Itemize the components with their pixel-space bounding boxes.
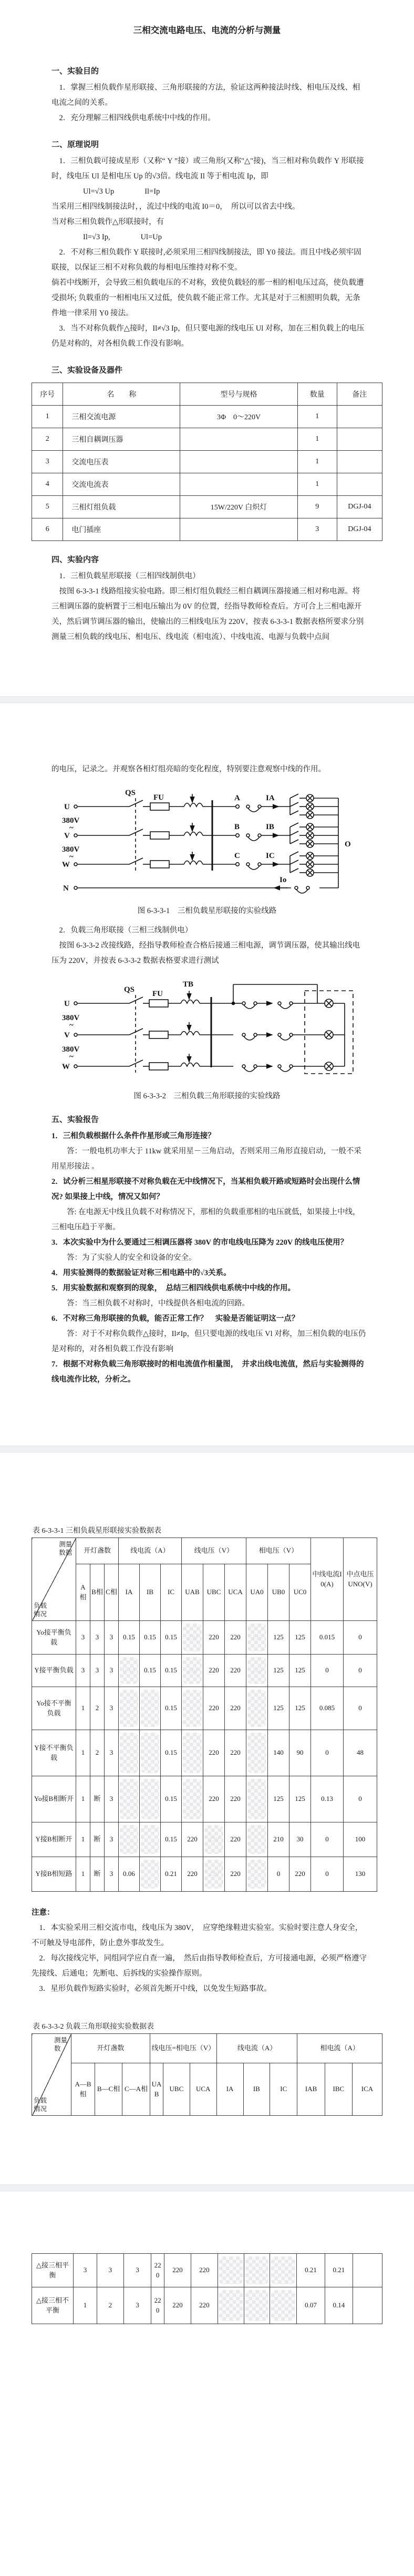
tilde-symbol: ~ (69, 853, 74, 861)
table-row: Y接平衡负载3330.150.150.152202202201251251250… (32, 1655, 377, 1687)
table-cell: 125 (268, 1687, 289, 1730)
table-cell: 100 (344, 1822, 377, 1857)
page-break (0, 696, 414, 703)
table-row: Yo接不平衡负载1230.152202201251250.0850 (32, 1687, 377, 1730)
table-cell: 3 (90, 1655, 105, 1687)
node-a-label: A (234, 794, 240, 802)
table-cell: 3 (105, 1776, 119, 1822)
table-cell: 0.15 (119, 1655, 140, 1687)
table-cell: 3 (297, 518, 337, 541)
fuse-fu-label: FU (152, 990, 163, 998)
table-cell: 0 (344, 1655, 377, 1687)
table-cell: 0.13 (311, 1776, 344, 1822)
tilde-symbol: ~ (69, 1021, 74, 1030)
table-row: 2三相自耦调压器1 (32, 428, 382, 451)
table-cell: 1 (76, 1687, 90, 1730)
table-cell: 0 (311, 1857, 344, 1892)
terminal-v-label: V (64, 1031, 70, 1040)
redaction-mosaic (247, 1690, 266, 1727)
paragraph: 倘若中线断开，会导致三相负载电压的不对称，致使负载轻的那一相的相电压过高，使负载… (51, 275, 367, 321)
table-cell (218, 2254, 244, 2287)
current-io-label: Io (280, 876, 286, 884)
table-cell: 125 (268, 1655, 289, 1687)
table-cell (244, 2287, 270, 2324)
page-break (0, 1446, 414, 1453)
paragraph: 当对称三相负载作△形联接时，有 (51, 215, 367, 230)
table-cell (119, 1822, 140, 1857)
table-cell (182, 1730, 203, 1776)
paragraph: 1．掌握三相负载作星形联接、三角形联接的方法，验证这两种接法时线、相电压及线、相… (51, 80, 367, 111)
table-cell: 48 (344, 1730, 377, 1776)
column-header: UCA (190, 2063, 216, 2116)
delta-table-rows: △接三相平衡3332202202200.210.21△接三相不平衡1232202… (32, 2253, 382, 2324)
table-cell: 220 (203, 1857, 225, 1892)
circuit-wires (74, 984, 353, 1074)
figure-star-circuit: U 380V ~ V 380V ~ W N QS FU A B C IA IB … (32, 780, 382, 899)
table-cell: 0.15 (161, 1687, 182, 1730)
redaction-mosaic (271, 2290, 295, 2321)
table-cell: 断 (90, 1857, 105, 1892)
row-label: Yo接平衡负载 (32, 1621, 76, 1655)
table-cell: 1 (76, 1822, 90, 1857)
row-label: Y接平衡负载 (32, 1655, 76, 1687)
switch-qs-label: QS (124, 985, 134, 994)
table-cell (246, 1730, 268, 1776)
column-header: A—B相 (71, 2063, 95, 2116)
column-header: UBC (163, 2063, 190, 2116)
paragraph: 2．负载三角形联接（三相三线制供电） (51, 923, 367, 938)
table-cell: 220 (225, 1655, 246, 1687)
table-cell: 3 (76, 1655, 90, 1687)
table-cell: 0.21 (297, 2254, 325, 2287)
answer: 答：当三相负载不对称时，中线提供各相电流的回路。 (51, 1296, 367, 1311)
table-cell (270, 2254, 297, 2287)
note-item: 3．星形负载作短路实验时，必须首先断开中线，以免发生短路事故。 (32, 1981, 367, 1997)
table-cell (218, 2287, 244, 2324)
redaction-mosaic (204, 1825, 223, 1854)
section1-heading: 一、实验目的 (51, 65, 363, 76)
table-cell: 0.06 (119, 1857, 140, 1892)
column-group-header: 开灯盏数 (76, 1538, 119, 1564)
question: 2．试分析三相星形联接不对称负载在无中线情况下，当某相负载开路或短路时会出现什么… (51, 1174, 367, 1205)
table-cell: 0 (344, 1621, 377, 1655)
table-cell: 0 (268, 1857, 289, 1892)
table-cell: 1 (297, 473, 337, 496)
table-row: Y接B相短路1断30.060.2122022022002200130 (32, 1857, 377, 1892)
node-c-label: C (234, 852, 240, 860)
column-header: C相 (105, 1564, 119, 1621)
table-cell: 220 (225, 1776, 246, 1822)
table-cell: 三相自耦调压器 (63, 428, 180, 451)
table-cell: 140 (268, 1730, 289, 1776)
table-cell: 断 (90, 1822, 105, 1857)
table-cell: 125 (246, 1655, 268, 1687)
table-cell (246, 1822, 268, 1857)
table-cell: 125 (289, 1655, 311, 1687)
table-cell (246, 1776, 268, 1822)
table-cell: 90 (289, 1730, 311, 1776)
redaction-mosaic (183, 1657, 202, 1684)
diagonal-corner-cell: 测量数负载情况 (32, 2034, 71, 2116)
column-header: IC (270, 2063, 297, 2116)
table-cell: 3 (105, 1822, 119, 1857)
column-group-header: 线电压（V） (182, 1538, 246, 1564)
column-header: IAB (297, 2063, 325, 2116)
table-cell: 0.15 (161, 1822, 182, 1857)
answer: 答：一般电机功率大于 11kw 就采用星－三角启动，否则采用三角形直接启动，一般… (51, 1144, 367, 1174)
column-group-header: 开灯盏数 (71, 2034, 150, 2063)
table-row: 5三相灯组负载15W/220V 白炽灯9DGJ-04 (32, 496, 382, 518)
table-cell: 0.21 (325, 2254, 353, 2287)
row-label: Y接B相断开 (32, 1822, 76, 1857)
column-header: IBC (325, 2063, 352, 2116)
paragraph: 按图 6-3-3-2 改接线路，经指导教师检查合格后接通三相电源，调节调压器，使… (51, 938, 367, 969)
table-cell: 0 (344, 1687, 377, 1730)
table-cell: 220 (225, 1730, 246, 1776)
column-header: 名 称 (63, 383, 180, 406)
table-cell: 3 (105, 1655, 119, 1687)
column-header: 中线电流I0(A) (311, 1538, 344, 1621)
table-cell: 220 (151, 2287, 164, 2324)
table-cell: 220 (203, 1655, 225, 1687)
answer: 答: 在电源无中线且负载不对称情况下，那相的负载重那相的电压就低，如果接上中线，… (51, 1205, 367, 1235)
table-cell: 3 (74, 2254, 97, 2287)
current-ic-label: IC (266, 852, 275, 860)
table2-caption: 表 6-3-3-2 负载三角形联接实验数据表 (33, 2021, 382, 2031)
table-cell (337, 473, 382, 496)
table-cell (119, 1687, 140, 1730)
redaction-mosaic (247, 1860, 266, 1889)
table-cell: DGJ-04 (337, 496, 382, 518)
row-label: Yo接B相断开 (32, 1776, 76, 1822)
terminal-w-label: W (62, 1063, 70, 1071)
star-connection-diagram: U 380V ~ V 380V ~ W N QS FU A B C IA IB … (55, 780, 359, 897)
column-header: 数量 (297, 383, 337, 406)
column-header: 备注 (337, 383, 382, 406)
column-header: UAB (150, 2063, 163, 2116)
table-row: △接三相平衡3332202202200.210.21 (32, 2254, 382, 2287)
switch-qs-label: QS (125, 789, 136, 797)
table-cell: 0 (311, 1655, 344, 1687)
page-4: △接三相平衡3332202202200.210.21△接三相不平衡1232202… (0, 2191, 414, 2576)
table-cell: 0 (344, 1776, 377, 1822)
page-2: 的电压，记录之。并观察各相灯组亮暗的变化程度，特别要注意观察中线的作用。 (0, 703, 414, 1446)
table-cell (182, 1687, 203, 1730)
table-cell (180, 518, 297, 541)
table-cell: 220 (225, 1822, 246, 1857)
column-header: 中点电压UNO(V) (344, 1538, 377, 1621)
table-cell: 3 (32, 451, 63, 473)
redaction-mosaic (183, 1779, 202, 1819)
redaction-mosaic (219, 2290, 243, 2321)
redaction-mosaic (120, 1690, 138, 1727)
delta-connection-diagram: U 380V ~ V 380V ~ W QS FU TB (55, 972, 359, 1082)
table-cell: 0.15 (140, 1621, 161, 1655)
paragraph: 1．三相负载星形联接（三相四线制供电） (51, 569, 367, 584)
table-cell: 220 (182, 1655, 203, 1687)
column-group-header: 线电流（A） (119, 1538, 182, 1564)
table-row: Y接不平衡负载1230.1522022014090048 (32, 1730, 377, 1776)
redaction-mosaic (183, 1733, 202, 1773)
column-header: UCA (225, 1564, 246, 1621)
transformer-tb-label: TB (183, 980, 193, 989)
redaction-mosaic (245, 2290, 269, 2321)
redaction-mosaic (247, 1624, 266, 1651)
table-cell (337, 451, 382, 473)
tilde-symbol: ~ (69, 1053, 74, 1061)
table-cell: 0.15 (119, 1621, 140, 1655)
table-cell (140, 1730, 161, 1776)
column-header: IB (243, 2063, 270, 2116)
row-label: Y接B相短路 (32, 1857, 76, 1892)
neutral-point-o-label: O (345, 840, 351, 849)
table-cell: 电门插座 (63, 518, 180, 541)
section4-heading: 四、实验内容 (51, 554, 363, 565)
table-cell: 0.07 (297, 2287, 325, 2324)
paragraph: 2．不对称三相负载作 Y 联接时,必须采用三相四线制接法，即 Y0 接法。而且中… (51, 245, 367, 275)
redaction-mosaic (141, 1733, 159, 1773)
answer: 答：对于不对称负载作△接时，Il≠Ip，但只要电源的线电压 Vl 对称，加三相负… (51, 1327, 367, 1357)
page-break (0, 2185, 414, 2191)
current-ib-label: IB (266, 823, 274, 831)
table-cell: 2 (97, 2287, 123, 2324)
table-cell: 3 (105, 1730, 119, 1776)
paragraph: 1．三相负载可接成星形（又称“ Y ”接）或三角形(又称"△"接)，当三相对称负… (51, 154, 367, 184)
terminal-u-label: U (64, 803, 70, 811)
table-cell: 2 (90, 1687, 105, 1730)
page-1: 三相交流电路电压、电流的分析与测量 一、实验目的 1．掌握三相负载作星形联接、三… (0, 0, 414, 696)
redaction-mosaic (120, 1825, 138, 1854)
table-cell: 3 (97, 2254, 123, 2287)
table-cell (140, 1822, 161, 1857)
table-cell: 220 (151, 2254, 164, 2287)
column-header: B相 (90, 1564, 105, 1621)
redaction-mosaic (183, 1690, 202, 1727)
table-cell: 125 (246, 1621, 268, 1655)
paragraph: 的电压，记录之。并观察各相灯组亮暗的变化程度，特别要注意观察中线的作用。 (51, 762, 367, 777)
row-label: △接三相不平衡 (32, 2287, 74, 2324)
question: 4．用实验测得的数据验证对称三相电路中的√3关系。 (51, 1266, 367, 1281)
table-cell: 0.15 (161, 1776, 182, 1822)
table-cell: 220 (182, 1822, 203, 1857)
column-header: 型号与规格 (180, 383, 297, 406)
table-cell (244, 2254, 270, 2287)
table-cell (180, 473, 297, 496)
equipment-table: 序号名 称型号与规格数量备注1三相交流电源3Φ 0～220V12三相自耦调压器1… (32, 383, 382, 541)
figure2-caption: 图 6-3-3-2 三相负载三角形联接的实验线路 (32, 1090, 382, 1101)
table-header-row: 测量数据负载情况开灯盏数线电流（A）线电压（V）相电压（V）中线电流I0(A)中… (32, 1538, 377, 1564)
figure1-caption: 图 6-3-3-1 三相负载星形联接的实验线路 (32, 905, 382, 916)
column-header: A相 (76, 1564, 90, 1621)
table-cell: 3 (123, 2287, 151, 2324)
table-cell: 0 (311, 1730, 344, 1776)
paragraph: 当采用三相四线制接法时，，流过中线的电流 I0＝0， 所以可以省去中线。 (51, 199, 367, 215)
table-cell (180, 451, 297, 473)
table-cell: 2 (90, 1730, 105, 1776)
table-cell: 125 (268, 1621, 289, 1655)
redaction-mosaic (120, 1733, 138, 1773)
fuse-fu-label: FU (153, 793, 164, 802)
table-row: 1三相交流电源3Φ 0～220V1 (32, 406, 382, 428)
tilde-symbol: ~ (69, 824, 74, 832)
column-header: UA0 (246, 1564, 268, 1621)
table-cell: 三相交流电源 (63, 406, 180, 428)
table-cell: 3 (123, 2254, 151, 2287)
table-cell (119, 1776, 140, 1822)
redaction-mosaic (120, 1657, 138, 1684)
column-header: C—A相 (122, 2063, 150, 2116)
table-cell: 1 (297, 428, 337, 451)
node-b-label: B (234, 823, 240, 831)
table-header-row: 序号名 称型号与规格数量备注 (32, 383, 382, 406)
question: 1．三相负载根据什么条件作星形或三角形连接？ (51, 1129, 367, 1144)
terminal-w-label: W (62, 861, 70, 869)
table-cell: 220 (191, 2254, 218, 2287)
table-cell: 0.15 (140, 1655, 161, 1687)
table-row: 3交流电压表1 (32, 451, 382, 473)
table-cell (140, 1687, 161, 1730)
table-cell: 3 (105, 1687, 119, 1730)
answer: 答：为了实验人的安全和设备的安全。 (51, 1250, 367, 1266)
column-group-header: 线电压=相电压（V） (150, 2034, 217, 2063)
table-cell: 3 (105, 1621, 119, 1655)
table-cell: 15W/220V 白炽灯 (180, 496, 297, 518)
table-cell: 交流电压表 (63, 451, 180, 473)
column-header: UBC (203, 1564, 225, 1621)
star-table: 测量数据负载情况开灯盏数线电流（A）线电压（V）相电压（V）中线电流I0(A)中… (32, 1538, 377, 1892)
doc-title: 三相交流电路电压、电流的分析与测量 (32, 23, 382, 36)
table-cell: 220 (225, 1857, 246, 1892)
current-ia-label: IA (266, 794, 275, 802)
delta-table-header: 测量数负载情况开灯盏数线电压=相电压（V）线电流（A）相电流（A）A—B相B—C… (32, 2033, 382, 2116)
table-cell (119, 1730, 140, 1776)
table-cell: 0 (311, 1822, 344, 1857)
formula: Ul=√3 Up Il=Ip (51, 184, 367, 199)
table-cell: 0.085 (311, 1687, 344, 1730)
table-cell: 断 (90, 1776, 105, 1822)
redaction-mosaic (141, 1825, 159, 1854)
row-label: △接三相平衡 (32, 2254, 74, 2287)
table-cell (182, 1776, 203, 1822)
table-cell (140, 1857, 161, 1892)
column-header: IA (216, 2063, 243, 2116)
table-cell: 3 (105, 1857, 119, 1892)
column-header: ICA (352, 2063, 382, 2116)
table-cell (180, 428, 297, 451)
redaction-mosaic (245, 2256, 269, 2284)
table-row: Yo接平衡负载3330.150.150.15220220220125125125… (32, 1621, 377, 1655)
column-header: IA (119, 1564, 140, 1621)
formula: Il=√3 Ip, Ul=Up (51, 230, 367, 245)
table-cell (337, 406, 382, 428)
table-cell: 30 (289, 1822, 311, 1857)
figure-delta-circuit: U 380V ~ V 380V ~ W QS FU TB (32, 972, 382, 1085)
table-cell (246, 1857, 268, 1892)
table-cell: 1 (76, 1857, 90, 1892)
redaction-mosaic (120, 1779, 138, 1819)
document-viewer: 三相交流电路电压、电流的分析与测量 一、实验目的 1．掌握三相负载作星形联接、三… (0, 0, 414, 2576)
column-header: B—C相 (95, 2063, 122, 2116)
diagonal-corner-cell: 测量数据负载情况 (32, 1538, 76, 1621)
table-cell: 1 (76, 1730, 90, 1776)
redaction-mosaic (141, 1779, 159, 1819)
question: 3．本次实验中为什么要通过三相调压器将 380V 的市电线电压降为 220V 的… (51, 1235, 367, 1250)
table-cell: 220 (203, 1776, 225, 1822)
table-cell (353, 2287, 382, 2324)
column-header: UAB (182, 1564, 203, 1621)
table-cell: 0.015 (311, 1621, 344, 1655)
table-cell: 220 (225, 1621, 246, 1655)
table-cell: 125 (268, 1776, 289, 1822)
table-cell: 4 (32, 473, 63, 496)
table-cell: 220 (191, 2287, 218, 2324)
question: 6．不对称三角形联接的负载，能否正常工作？ 实验是否能证明这一点？ (51, 1311, 367, 1327)
redaction-mosaic (141, 1690, 159, 1727)
table-cell: 3 (90, 1621, 105, 1655)
table-cell: 220 (182, 1621, 203, 1655)
table-cell: 0.21 (161, 1857, 182, 1892)
notes-heading: 注意： (32, 1905, 367, 1921)
table-cell: 0.14 (325, 2287, 353, 2324)
column-group-header: 线电流（A） (216, 2034, 297, 2063)
table-cell (246, 1687, 268, 1730)
table-cell: DGJ-04 (337, 518, 382, 541)
question: 5．用实验数据和观察到的现象， 总结三相四线供电系统中中线的作用。 (51, 1281, 367, 1296)
table-row: 6电门插座3DGJ-04 (32, 518, 382, 541)
terminal-n-label: N (63, 884, 69, 893)
section3-heading: 三、实验设备及器件 (51, 364, 363, 375)
table-cell: 220 (203, 1730, 225, 1776)
page-3: 表 6-3-3-1 三相负载星形联接实验数据表 测量数据负载情况开灯盏数线电流（… (0, 1453, 414, 2185)
circuit-wires (74, 794, 338, 893)
table-cell: 130 (344, 1857, 377, 1892)
table-cell (353, 2254, 382, 2287)
table-cell: 125 (289, 1621, 311, 1655)
column-header: IB (140, 1564, 161, 1621)
section5-heading: 五、实验报告 (51, 1114, 363, 1125)
column-group-header: 相电流（A） (297, 2034, 382, 2063)
redaction-mosaic (247, 1733, 266, 1773)
terminal-v-label: V (64, 832, 70, 840)
table-cell: 1 (76, 1776, 90, 1822)
redaction-mosaic (247, 1779, 266, 1819)
table-cell: 3Φ 0～220V (180, 406, 297, 428)
note-item: 2．每次接线完毕，同组同学应自查一遍， 然后由指导教师检查后，方可接通电源，必须… (32, 1951, 367, 1981)
column-header: 序号 (32, 383, 63, 406)
table-row: Y接B相断开1断30.15220220220210300100 (32, 1822, 377, 1857)
redaction-mosaic (204, 1860, 223, 1889)
table-cell: 0.15 (161, 1655, 182, 1687)
table-cell: 210 (268, 1822, 289, 1857)
table-cell: 3 (76, 1621, 90, 1655)
table-cell: 220 (225, 1687, 246, 1730)
table-cell: 220 (203, 1822, 225, 1857)
table-cell: 1 (297, 451, 337, 473)
table-cell: 9 (297, 496, 337, 518)
row-label: Yo接不平衡负载 (32, 1687, 76, 1730)
table-cell (270, 2287, 297, 2324)
note-item: 1．本实验采用三相交流市电，线电压为 380V， 应穿绝缘鞋进实验室。实验时要注… (32, 1921, 367, 1951)
table-row: Yo接B相断开1断30.152202201251250.130 (32, 1776, 377, 1822)
column-header: UC0 (289, 1564, 311, 1621)
redaction-mosaic (271, 2256, 295, 2284)
table-cell: 0.15 (161, 1621, 182, 1655)
column-header: UB0 (268, 1564, 289, 1621)
notes-block: 注意： 1．本实验采用三相交流市电，线电压为 380V， 应穿绝缘鞋进实验室。实… (32, 1905, 382, 1997)
table-cell (337, 428, 382, 451)
table1-caption: 表 6-3-3-1 三相负载星形联接实验数据表 (33, 1525, 382, 1535)
paragraph: 按图 6-3-3-1 线路组接实验电路。即三相灯组负载经三相自耦调压器接通三相对… (51, 584, 367, 645)
